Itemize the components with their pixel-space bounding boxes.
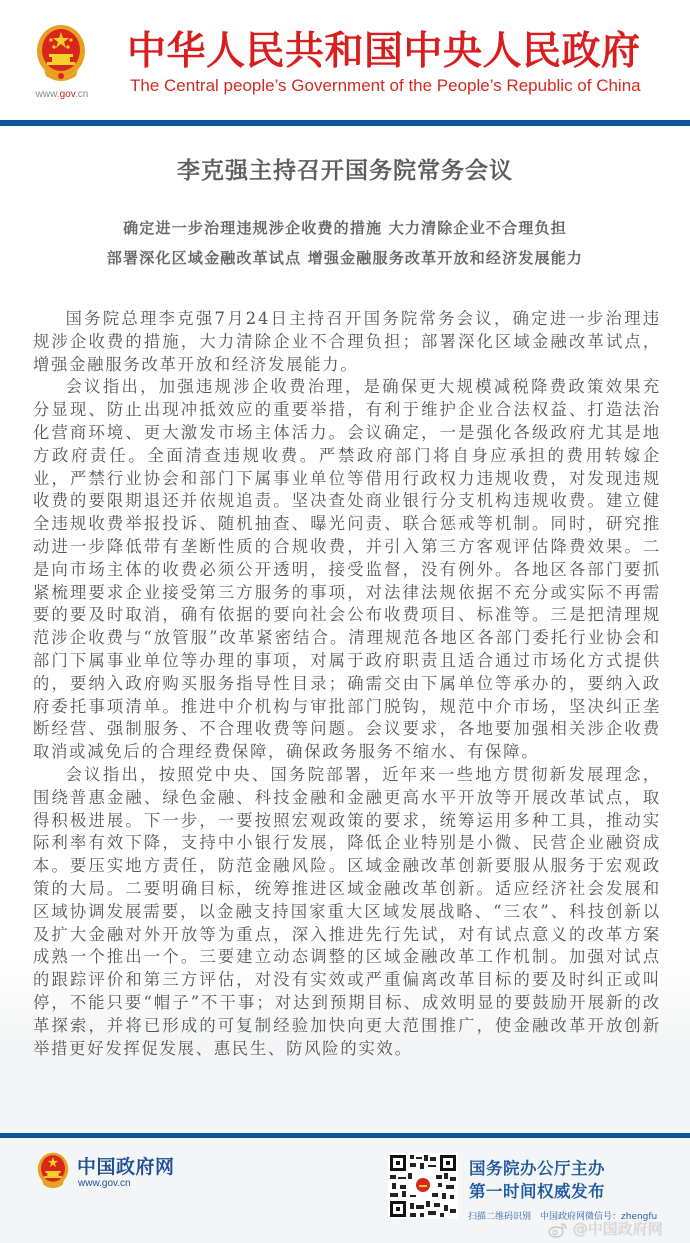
weibo-icon [548, 1222, 568, 1238]
article-title: 李克强主持召开国务院常务会议 [0, 152, 690, 185]
national-emblem-icon [36, 24, 86, 84]
footer-slogan-1: 国务院办公厅主办 [469, 1155, 605, 1179]
footer-url[interactable]: www.gov.cn [78, 1178, 131, 1189]
site-title-en: The Central people’s Government of the P… [130, 76, 641, 96]
site-url[interactable]: www.gov.cn [27, 89, 97, 100]
weibo-watermark-text: @中国政府网 [573, 1220, 663, 1238]
article-paragraph-2: 会议指出，加强违规涉企收费治理，是确保更大规模减税降费政策效果充分显现、防止出现… [33, 376, 661, 764]
weibo-watermark: @中国政府网 [548, 1218, 663, 1239]
header-divider [0, 120, 690, 126]
article-subtitle-2: 部署深化区域金融改革试点 增强金融服务改革开放和经济发展能力 [0, 247, 690, 268]
national-emblem-icon [37, 1152, 69, 1190]
qr-code-icon[interactable] [388, 1153, 458, 1219]
article-paragraph-1: 国务院总理李克强7月24日主持召开国务院常务会议，确定进一步治理违规涉企收费的措… [33, 308, 661, 376]
site-url-prefix: www. [36, 89, 60, 100]
site-url-gov: gov [60, 89, 75, 100]
site-header: www.gov.cn 中华人民共和国中央人民政府 The Central peo… [0, 0, 690, 120]
site-url-suffix: .cn [75, 89, 88, 100]
article-body: 国务院总理李克强7月24日主持召开国务院常务会议，确定进一步治理违规涉企收费的措… [33, 308, 661, 1060]
site-title-cn: 中华人民共和国中央人民政府 [127, 28, 641, 76]
article-paragraph-3: 会议指出，按照党中央、国务院部署，近年来一些地方贯彻新发展理念，围绕普惠金融、绿… [33, 764, 661, 1060]
footer-brand: 中国政府网 [77, 1152, 175, 1179]
article-subtitle-1: 确定进一步治理违规涉企收费的措施 大力清除企业不合理负担 [0, 217, 690, 238]
footer-divider [0, 1133, 690, 1138]
footer-slogan-2: 第一时间权威发布 [469, 1178, 605, 1202]
